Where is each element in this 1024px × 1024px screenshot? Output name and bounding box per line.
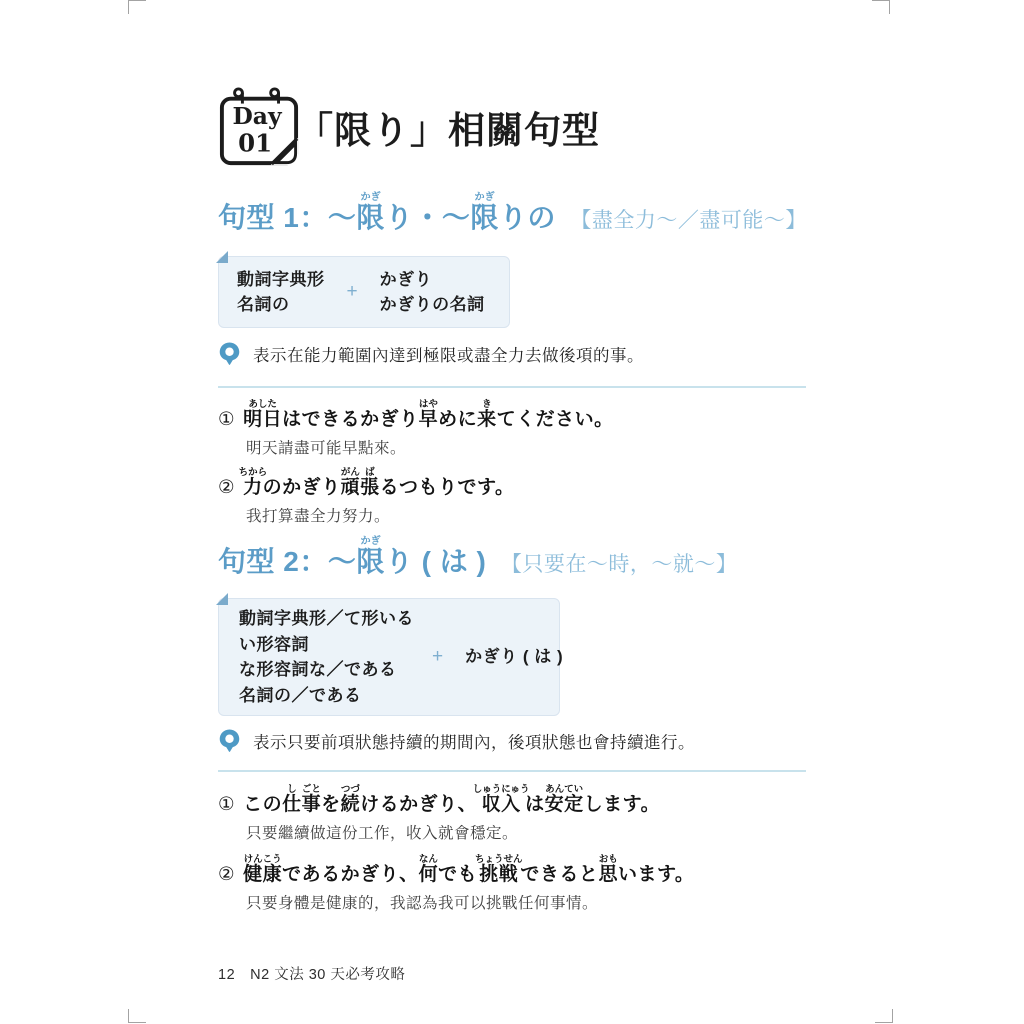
example-japanese: 健康けんこうであるかぎり、何なんでも挑戦ちょうせんできると思おもいます。 [243, 864, 694, 885]
pattern-2-heading: 句型 2：〜限かぎり ( は ) 【只要在〜時，〜就〜】 [218, 536, 737, 580]
pattern-2-formation-box: 動詞字典形／て形いる い形容詞 な形容詞な／である 名詞の／である + かぎり … [218, 598, 560, 716]
example-japanese: この仕し事ごとを続つづけるかぎり、収入しゅうにゅうは安定あんていします。 [243, 794, 660, 815]
example-number: ② [218, 863, 235, 884]
pattern-1-heading-meaning: 【盡全力〜／盡可能〜】 [570, 209, 807, 232]
formation-line: な形容詞な／である [239, 657, 414, 683]
box-corner-triangle-icon [216, 593, 228, 605]
location-pin-icon [218, 728, 241, 753]
formation-line: 動詞字典形 [237, 267, 325, 293]
formation-line: かぎりの名詞 [380, 292, 485, 318]
formation-line: 名詞の／である [239, 683, 414, 709]
formation-line: かぎり [380, 267, 485, 293]
example-translation: 明天請盡可能早點來。 [246, 436, 614, 458]
pattern-2-example-2: ②健康けんこうであるかぎり、何なんでも挑戦ちょうせんできると思おもいます。 只要… [218, 854, 694, 913]
box-corner-triangle-icon [216, 251, 228, 263]
book-page: Day 01 「限り」相關句型 句型 1：〜限かぎり・〜限かぎりの 【盡全力〜／… [0, 0, 1024, 1024]
page-number: 12 [218, 967, 235, 983]
pattern-1-box-right-column: かぎり かぎりの名詞 [380, 267, 485, 318]
chapter-title: 「限り」相關句型 [296, 100, 600, 154]
formation-line: い形容詞 [239, 632, 414, 658]
pattern-1-heading: 句型 1：〜限かぎり・〜限かぎりの 【盡全力〜／盡可能〜】 [218, 192, 807, 236]
crop-mark-top-right [872, 0, 890, 14]
pattern-1-explanation: 表示在能力範圍內達到極限或盡全力去做後項的事。 [218, 341, 644, 366]
page-footer: 12 N2 文法 30 天必考攻略 [218, 963, 405, 984]
formation-line: かぎり ( は ) [465, 644, 563, 670]
pattern-2-box-right-column: かぎり ( は ) [465, 644, 563, 670]
example-translation: 只要身體是健康的，我認為我可以挑戰任何事情。 [246, 891, 694, 913]
example-number: ② [218, 476, 235, 497]
formation-line: 動詞字典形／て形いる [239, 606, 414, 632]
section-divider [218, 770, 806, 772]
pattern-1-example-2: ②力ちからのかぎり頑がん張ばるつもりです。 我打算盡全力努力。 [218, 467, 514, 526]
example-translation: 我打算盡全力努力。 [246, 504, 514, 526]
section-divider [218, 386, 806, 388]
example-japanese: 明日あしたはできるかぎり早はやめに来きてください。 [243, 409, 614, 430]
crop-mark-bottom-right [875, 1009, 893, 1023]
example-number: ① [218, 793, 235, 814]
pattern-2-example-1: ①この仕し事ごとを続つづけるかぎり、収入しゅうにゅうは安定あんていします。 只要… [218, 784, 660, 843]
location-pin-icon [218, 341, 241, 366]
day-label: Day [233, 102, 283, 130]
day-number: 01 [238, 128, 272, 157]
pattern-2-box-left-column: 動詞字典形／て形いる い形容詞 な形容詞な／である 名詞の／である [239, 606, 414, 708]
formation-line: 名詞の [237, 292, 325, 318]
example-sentence: ①この仕し事ごとを続つづけるかぎり、収入しゅうにゅうは安定あんていします。 [218, 784, 660, 816]
example-japanese: 力ちからのかぎり頑がん張ばるつもりです。 [243, 477, 514, 498]
book-title: N2 文法 30 天必考攻略 [250, 963, 405, 984]
example-sentence: ②力ちからのかぎり頑がん張ばるつもりです。 [218, 467, 514, 499]
crop-mark-top-left [128, 0, 146, 14]
pattern-1-heading-main: 句型 1：〜限かぎり・〜限かぎりの [218, 202, 556, 233]
plus-sign: + [432, 646, 443, 668]
example-sentence: ①明日あしたはできるかぎり早はやめに来きてください。 [218, 399, 614, 431]
plus-sign: + [347, 281, 358, 303]
pattern-2-explanation: 表示只要前項狀態持續的期間內，後項狀態也會持續進行。 [218, 728, 695, 753]
pattern-2-explanation-text: 表示只要前項狀態持續的期間內，後項狀態也會持續進行。 [253, 729, 695, 753]
pattern-2-heading-main: 句型 2：〜限かぎり ( は ) [218, 546, 486, 577]
pattern-1-explanation-text: 表示在能力範圍內達到極限或盡全力去做後項的事。 [253, 342, 644, 366]
example-sentence: ②健康けんこうであるかぎり、何なんでも挑戦ちょうせんできると思おもいます。 [218, 854, 694, 886]
example-number: ① [218, 408, 235, 429]
pattern-1-formation-box: 動詞字典形 名詞の + かぎり かぎりの名詞 [218, 256, 510, 328]
pattern-2-heading-meaning: 【只要在〜時，〜就〜】 [501, 553, 738, 576]
crop-mark-bottom-left [128, 1009, 146, 1023]
day-calendar-icon: Day 01 [218, 84, 300, 170]
example-translation: 只要繼續做這份工作，收入就會穩定。 [246, 821, 660, 843]
pattern-1-example-1: ①明日あしたはできるかぎり早はやめに来きてください。 明天請盡可能早點來。 [218, 399, 614, 458]
pattern-1-box-left-column: 動詞字典形 名詞の [237, 267, 325, 318]
